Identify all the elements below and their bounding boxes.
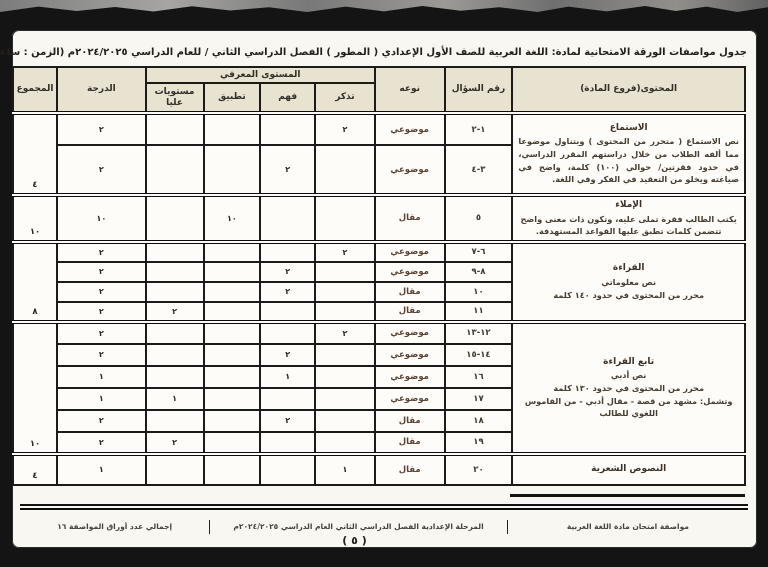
cell-q: ٦-٧ bbox=[445, 242, 513, 262]
section-title: الاستماع bbox=[518, 122, 739, 136]
footer-divider-rule bbox=[20, 504, 748, 510]
header-question-no: رقم السؤال bbox=[445, 67, 513, 113]
section-title: تابع القراءة bbox=[518, 356, 739, 370]
section-title: القراءة bbox=[518, 262, 739, 276]
cell-apply bbox=[204, 410, 261, 432]
cell-remember bbox=[315, 432, 375, 454]
section-total-cell: ٤ bbox=[13, 454, 57, 485]
cell-q: ٣-٤ bbox=[445, 145, 513, 195]
cell-higher bbox=[146, 410, 204, 432]
cell-higher bbox=[146, 344, 204, 366]
header-total: المجموع bbox=[13, 67, 57, 113]
cell-apply bbox=[204, 322, 261, 344]
cell-higher bbox=[146, 242, 204, 262]
cell-understand bbox=[260, 242, 315, 262]
specification-table: المحتوى(فروع المادة) رقم السؤال نوعه الم… bbox=[12, 66, 746, 486]
cell-remember: ٢ bbox=[315, 242, 375, 262]
section-total-cell: ٨ bbox=[13, 242, 57, 322]
section-description-line: محرر من المحتوى في حدود ١٣٠ كلمة bbox=[518, 382, 739, 395]
table-bottom-underline bbox=[510, 494, 745, 497]
page-footer: مواصفة امتحان مادة اللغة العربية المرحلة… bbox=[20, 518, 748, 535]
table-row: الاستماعنص الاستماع ( متحرر من المحتوى )… bbox=[13, 113, 745, 145]
cell-type: موضوعي bbox=[375, 344, 445, 366]
cell-apply bbox=[204, 262, 261, 282]
section-total-cell: ١٠ bbox=[13, 322, 57, 454]
cell-higher: ١ bbox=[146, 388, 204, 410]
cell-score: ٢ bbox=[57, 282, 146, 302]
content-cell: الاستماعنص الاستماع ( متحرر من المحتوى )… bbox=[512, 113, 745, 195]
cell-apply bbox=[204, 388, 261, 410]
cell-understand: ١ bbox=[260, 366, 315, 388]
cell-higher bbox=[146, 454, 204, 485]
cell-q: ٨-٩ bbox=[445, 262, 513, 282]
section-total-cell: ٤ bbox=[13, 113, 57, 195]
cell-score: ١ bbox=[57, 454, 146, 485]
cell-apply bbox=[204, 344, 261, 366]
content-cell: النصوص الشعرية bbox=[512, 454, 745, 485]
cell-q: ١١ bbox=[445, 302, 513, 322]
cell-score: ٢ bbox=[57, 432, 146, 454]
cell-type: مقال bbox=[375, 195, 445, 242]
cell-type: مقال bbox=[375, 432, 445, 454]
cell-q: ١٤-١٥ bbox=[445, 344, 513, 366]
cell-higher bbox=[146, 282, 204, 302]
cell-score: ١٠ bbox=[57, 195, 146, 242]
content-cell: الإملاءيكتب الطالب فقرة تملى عليه، وتكون… bbox=[512, 195, 745, 242]
cell-understand bbox=[260, 113, 315, 145]
cell-apply bbox=[204, 282, 261, 302]
cell-q: ٢٠ bbox=[445, 454, 513, 485]
cell-apply bbox=[204, 113, 261, 145]
header-cognitive-level: المستوى المعرفي bbox=[146, 67, 375, 83]
viewer-background: { "title": "جدول مواصفات الورقة الامتحان… bbox=[0, 0, 768, 567]
cell-remember bbox=[315, 195, 375, 242]
cell-remember: ٢ bbox=[315, 113, 375, 145]
cell-higher bbox=[146, 113, 204, 145]
header-apply: تطبيق bbox=[204, 83, 261, 113]
section-description-line: وتشمل: مشهد من قصة - مقال أدبي - من القا… bbox=[518, 395, 739, 420]
cell-higher bbox=[146, 145, 204, 195]
cell-remember bbox=[315, 388, 375, 410]
cell-q: ١-٢ bbox=[445, 113, 513, 145]
cell-score: ٢ bbox=[57, 410, 146, 432]
cell-type: موضوعي bbox=[375, 388, 445, 410]
cell-q: ١٨ bbox=[445, 410, 513, 432]
cell-remember bbox=[315, 344, 375, 366]
cell-remember bbox=[315, 410, 375, 432]
header-content: المحتوى(فروع المادة) bbox=[512, 67, 745, 113]
spec-table-body: الاستماعنص الاستماع ( متحرر من المحتوى )… bbox=[13, 113, 745, 485]
section-description-line: تتضمن كلمات تطبق عليها القواعد المستهدفة… bbox=[518, 225, 739, 238]
cell-type: موضوعي bbox=[375, 145, 445, 195]
footer-sheet-count: إجمالي عدد أوراق المواصفة ١٦ bbox=[20, 522, 209, 531]
document-title: جدول مواصفات الورقة الامتحانية لمادة: ال… bbox=[20, 47, 747, 58]
header-higher-levels: مستويات عليا bbox=[146, 83, 204, 113]
cell-remember bbox=[315, 262, 375, 282]
cell-remember bbox=[315, 282, 375, 302]
cell-understand: ٢ bbox=[260, 344, 315, 366]
table-row: تابع القراءةنص أدبيمحرر من المحتوى في حد… bbox=[13, 322, 745, 344]
cell-remember: ٢ bbox=[315, 322, 375, 344]
cell-apply bbox=[204, 432, 261, 454]
cell-apply bbox=[204, 454, 261, 485]
table-row: الإملاءيكتب الطالب فقرة تملى عليه، وتكون… bbox=[13, 195, 745, 242]
section-description-line: نص الاستماع ( متحرر من المحتوى ) ويتناول… bbox=[518, 135, 739, 186]
section-title: النصوص الشعرية bbox=[518, 463, 739, 477]
cell-type: مقال bbox=[375, 454, 445, 485]
cell-higher: ٢ bbox=[146, 302, 204, 322]
section-description-line: نص أدبي bbox=[518, 369, 739, 382]
cell-understand: ٢ bbox=[260, 262, 315, 282]
cell-understand bbox=[260, 322, 315, 344]
section-description-line: محرر من المحتوى في حدود ١٤٠ كلمة bbox=[518, 289, 739, 302]
cell-understand: ٢ bbox=[260, 145, 315, 195]
cell-score: ٢ bbox=[57, 322, 146, 344]
cell-score: ٢ bbox=[57, 262, 146, 282]
cell-higher: ٢ bbox=[146, 432, 204, 454]
cell-apply bbox=[204, 242, 261, 262]
section-description-line: يكتب الطالب فقرة تملى عليه، وتكون ذات مع… bbox=[518, 213, 739, 226]
cell-higher bbox=[146, 366, 204, 388]
content-cell: القراءةنص معلوماتيمحرر من المحتوى في حدو… bbox=[512, 242, 745, 322]
footer-stage-term: المرحلة الإعدادية الفصل الدراسي الثاني ا… bbox=[209, 520, 507, 534]
cell-type: موضوعي bbox=[375, 366, 445, 388]
cell-score: ٢ bbox=[57, 302, 146, 322]
header-understand: فهم bbox=[260, 83, 315, 113]
cell-type: موضوعي bbox=[375, 242, 445, 262]
cell-type: موضوعي bbox=[375, 113, 445, 145]
cell-higher bbox=[146, 195, 204, 242]
table-row: القراءةنص معلوماتيمحرر من المحتوى في حدو… bbox=[13, 242, 745, 262]
cell-apply bbox=[204, 366, 261, 388]
cell-higher bbox=[146, 322, 204, 344]
cell-type: موضوعي bbox=[375, 262, 445, 282]
cell-apply bbox=[204, 302, 261, 322]
cell-understand: ٢ bbox=[260, 282, 315, 302]
cell-understand bbox=[260, 195, 315, 242]
cell-remember bbox=[315, 145, 375, 195]
cell-score: ٢ bbox=[57, 145, 146, 195]
cell-understand bbox=[260, 302, 315, 322]
header-remember: تذكر bbox=[315, 83, 375, 113]
cell-q: ١٦ bbox=[445, 366, 513, 388]
cell-type: موضوعي bbox=[375, 322, 445, 344]
cell-apply: ١٠ bbox=[204, 195, 261, 242]
cell-score: ٢ bbox=[57, 344, 146, 366]
cell-q: ١٠ bbox=[445, 282, 513, 302]
cell-score: ٢ bbox=[57, 113, 146, 145]
section-title: الإملاء bbox=[518, 199, 739, 213]
cell-remember bbox=[315, 366, 375, 388]
header-type: نوعه bbox=[375, 67, 445, 113]
cell-understand bbox=[260, 388, 315, 410]
cell-remember bbox=[315, 302, 375, 322]
cell-understand: ٢ bbox=[260, 410, 315, 432]
footer-subject: مواصفة امتحان مادة اللغة العربية bbox=[508, 522, 748, 531]
header-score: الدرجة bbox=[57, 67, 146, 113]
section-total-cell: ١٠ bbox=[13, 195, 57, 242]
page-number: ( ٥ ) bbox=[12, 534, 697, 547]
cell-q: ٥ bbox=[445, 195, 513, 242]
table-row: النصوص الشعرية٢٠مقال١١٤ bbox=[13, 454, 745, 485]
content-cell: تابع القراءةنص أدبيمحرر من المحتوى في حد… bbox=[512, 322, 745, 454]
section-description-line: نص معلوماتي bbox=[518, 276, 739, 289]
cell-q: ١٢-١٣ bbox=[445, 322, 513, 344]
cell-remember: ١ bbox=[315, 454, 375, 485]
cell-q: ١٧ bbox=[445, 388, 513, 410]
cell-understand bbox=[260, 454, 315, 485]
cell-type: مقال bbox=[375, 282, 445, 302]
cell-score: ١ bbox=[57, 388, 146, 410]
torn-paper-edge bbox=[0, 0, 768, 12]
cell-type: مقال bbox=[375, 302, 445, 322]
cell-score: ٢ bbox=[57, 242, 146, 262]
document-page: جدول مواصفات الورقة الامتحانية لمادة: ال… bbox=[12, 30, 757, 548]
cell-apply bbox=[204, 145, 261, 195]
cell-type: مقال bbox=[375, 410, 445, 432]
cell-understand bbox=[260, 432, 315, 454]
cell-q: ١٩ bbox=[445, 432, 513, 454]
cell-score: ١ bbox=[57, 366, 146, 388]
cell-higher bbox=[146, 262, 204, 282]
